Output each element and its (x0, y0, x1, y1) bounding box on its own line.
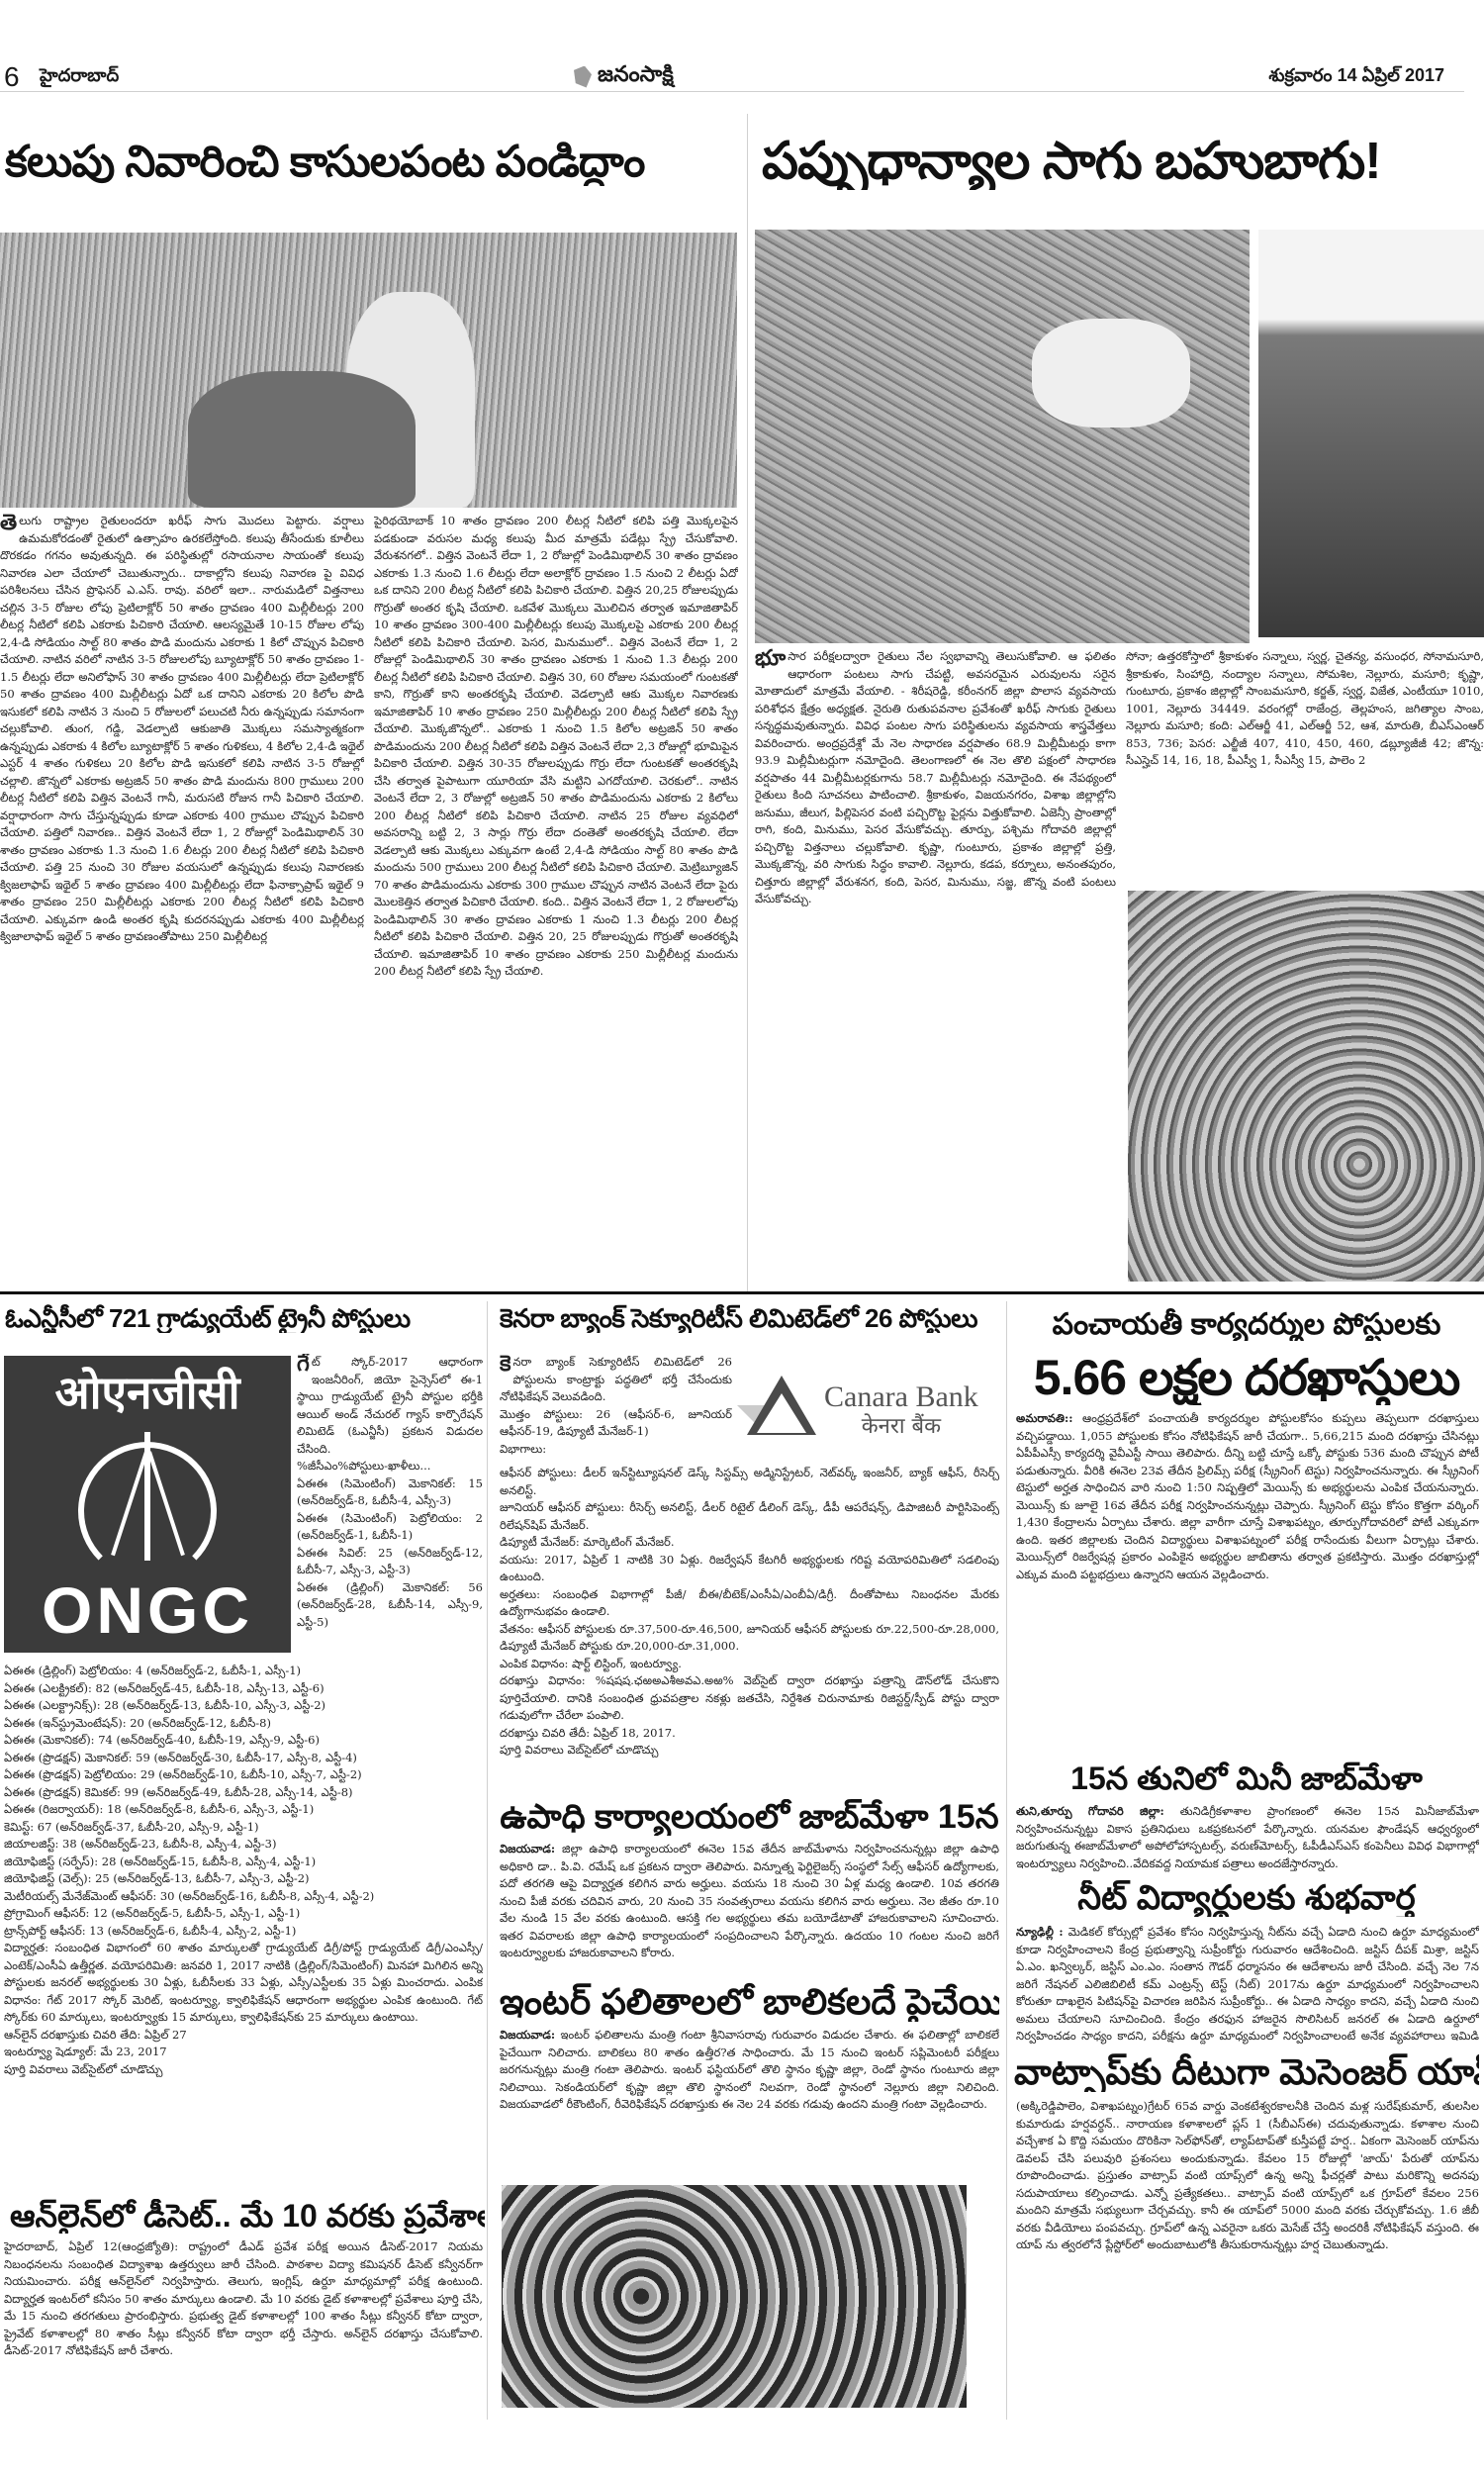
tuni-body: తుని,తూర్పు గోదావరి జిల్లా: తునిడిగ్రీకళ… (1016, 1803, 1479, 1877)
canara-logo-hi: केनरा बैंक (824, 1416, 978, 1438)
post-item: ఏఈఈ (ఎలక్ట్రికల్): 82 (అన్‌రిజర్వ్‌డ్-45… (4, 1680, 483, 1698)
headline-weed-control: కలుపు నివారించి కాసులపంట పండిద్దాం (5, 139, 737, 186)
article-text: పైరిథయోబాక్ 10 శాతం ద్రావణం 200 లీటర్ల న… (374, 514, 738, 978)
photo-paddy-harvest (0, 233, 737, 508)
post-item: ఏఈఈ (ప్రొడక్షన్) పెట్రోలియం: 29 (అన్‌రిజ… (4, 1766, 483, 1784)
headline-dcet: ఆన్‌లైన్‌లో డీసెట్.. మే 10 వరకు ప్రవేశాల… (10, 2199, 485, 2234)
post-item: ఏఈఈ సివిల్: 25 (అన్‌రిజర్వ్‌డ్-12, ఓబీసీ… (297, 1545, 483, 1579)
headline-job-mela: ఉపాధి కార్యాలయంలో జాబ్‌మేళా 15న (500, 1799, 999, 1836)
dcet-body: హైదరాబాద్, ఏప్రిల్ 12(ఆంధ్రజ్యోతి): రాష్… (4, 2238, 483, 2417)
headline-pulses: పప్పుధాన్యాల సాగు బహుబాగు! (762, 134, 1484, 190)
post-item: ఏఈఈ (ఎలక్ట్రానిక్స్): 28 (అన్‌రిజర్వ్‌డ్… (4, 1697, 483, 1715)
post-item: ఏఈఈ (ప్రొడక్షన్) మెకానికల్: 59 (అన్‌రిజర… (4, 1750, 483, 1767)
canara-line: దరఖాస్తు చివరి తేదీ: ఏప్రిల్ 18, 2017. (500, 1725, 999, 1743)
canara-line: మొత్తం పోస్టులు: 26 (ఆఫీసర్-6, జూనియర్ ఆ… (500, 1406, 732, 1441)
article-text: ఇంటర్ ఫలితాలను మంత్రి గంటా శ్రీనివాసరావు… (500, 2028, 999, 2111)
headline-canara: కెనరా బ్యాంక్ సెక్యూరిటీస్ లిమిటెడ్‌లో 2… (500, 1304, 1004, 1333)
post-item: కెమిస్ట్: 67 (అన్‌రిజర్వ్‌డ్-37, ఓబీసీ-2… (4, 1819, 483, 1837)
post-item: మెటీరియల్స్ మేనేజ్‌మెంట్ ఆఫీసర్: 30 (అన్… (4, 1888, 483, 1906)
canara-line: వయసు: 2017, ఏప్రిల్ 1 నాటికి 30 ఏళ్లు. ర… (500, 1552, 999, 1586)
headline-neet: నీట్ విద్యార్థులకు శుభవార్త (1014, 1880, 1479, 1917)
post-item: ఏఈఈ (రిజర్వాయర్): 18 (అన్‌రిజర్వ్‌డ్-8, … (4, 1801, 483, 1819)
dropcap: భూ (755, 648, 786, 668)
canara-line: అర్హతలు: సంబంధిత విభాగాల్లో పీజీ/ బీఈ/బీ… (500, 1586, 999, 1621)
canara-line: పూర్తి వివరాలు వెబ్‌సైట్‌లో చూడొచ్చు (500, 1742, 999, 1760)
column-divider (487, 1301, 488, 2420)
headline-ongc: ఓఎన్జీసీలో 721 గ్రాడ్యుయేట్ ట్రైనీ పోస్ట… (5, 1304, 480, 1333)
article-text: సార పరీక్షలద్వారా రైతులు నేల స్వభావాన్ని… (755, 649, 1116, 905)
oil-rig-emblem-icon (63, 1432, 232, 1561)
headline-messenger-app: వాట్సాప్‌కు దీటుగా మెసెంజర్ యాప్స్ (1014, 2052, 1479, 2092)
issue-date: శుక్రవారం 14 ఏప్రిల్ 2017 (1268, 65, 1444, 90)
article-text: హైదరాబాద్, ఏప్రిల్ 12(ఆంధ్రజ్యోతి): రాష్… (4, 2239, 483, 2357)
canara-logo-en: Canara Bank (824, 1382, 978, 1412)
neet-body: న్యూఢిల్లీ : మెడికల్ కోర్సుల్లో ప్రవేశం … (1016, 1924, 1479, 2047)
post-item: ఏఈఈ (సిమెంటింగ్) పెట్రోలియం: 2 (అన్‌రిజర… (297, 1510, 483, 1545)
ongc-posts-list: ఏఈఈ (డ్రిల్లింగ్) పెట్రోలియం: 4 (అన్‌రిజ… (4, 1663, 483, 2157)
ongc-website-note: పూర్తి వివరాలు వెబ్‌సైట్‌లో చూడొచ్చు (4, 2061, 483, 2079)
dateline: తుని,తూర్పు గోదావరి జిల్లా: (1016, 1804, 1164, 1818)
ongc-logo-hindi: ओएनजीसी (54, 1370, 239, 1415)
post-item: ఏఈఈ (ప్రొడక్షన్) కెమికల్: 99 (అన్‌రిజర్వ… (4, 1784, 483, 1802)
headline-panchayat-line2: 5.66 లక్షల దరఖాస్తులు (1014, 1351, 1479, 1405)
post-item: ఏఈఈ (మెకానికల్): 74 (అన్‌రిజర్వ్‌డ్-40, … (4, 1732, 483, 1750)
dateline: న్యూఢిల్లీ : (1016, 1925, 1064, 1939)
ongc-subhead: %జీసీఎం%పోస్టులు-ఖాళీలు... (297, 1458, 483, 1475)
post-item: ఏఈఈ (డ్రిల్లింగ్) మెకానికల్: 56 (అన్‌రిజ… (297, 1579, 483, 1632)
page-number: 6 (4, 61, 20, 93)
canara-line: వేతనం: ఆఫీసర్ పోస్టులకు రూ.37,500-రూ.46,… (500, 1621, 999, 1656)
article-text: సోనా; ఉత్తరకోస్తాలో శ్రీకాకుళం సన్నాలు, … (1126, 649, 1484, 767)
section-divider (0, 1291, 1484, 1294)
article-column: భూసార పరీక్షలద్వారా రైతులు నేల స్వభావాన్… (755, 648, 1116, 1291)
article-text: మెడికల్ కోర్సుల్లో ప్రవేశం కోసం నిర్వహిస… (1016, 1925, 1479, 2047)
dropcap: గే (297, 1354, 310, 1374)
canara-triangle-icon (737, 1376, 816, 1445)
article-column: పైరిథయోబాక్ 10 శాతం ద్రావణం 200 లీటర్ల న… (374, 513, 738, 1285)
jobmela-body: విజయవాడ: జిల్లా ఉపాధి కార్యాలయంలో ఈనెల 1… (500, 1841, 999, 1979)
canara-line: ఎంపిక విధానం: షార్ట్ లిస్టింగ్, ఇంటర్వ్య… (500, 1656, 999, 1673)
ongc-logo: ओएनजीसी ONGC (4, 1356, 291, 1653)
article-column: తెలుగు రాష్ట్రాల రైతులందరూ ఖరీఫ్ సాగు మొ… (0, 513, 364, 1285)
column-divider (747, 114, 748, 1291)
ongc-intro: గేట్ స్కోర్-2017 ఆధారంగా ఇంజనీరింగ్, జియ… (297, 1354, 483, 1661)
headline-tuni-jobmela: 15న తునిలో మినీ జాబ్‌మేళా (1014, 1761, 1479, 1796)
dateline: విజయవాడ: (500, 1842, 555, 1855)
masthead-divider (0, 91, 1464, 92)
canara-intro: కెనరా బ్యాంక్ సెక్యూరిటీస్ లిమిటెడ్‌లో 2… (500, 1354, 732, 1463)
state-map-logo-icon (574, 66, 592, 88)
photo-groundnut-harvest (1128, 891, 1484, 1282)
canara-line: దరఖాస్తు విధానం: %షషష.ఛఱఅఎశీఅవఎ.అఱ% వెబ్… (500, 1672, 999, 1725)
dropcap: కె (500, 1354, 510, 1374)
inter-body: విజయవాడ: ఇంటర్ ఫలితాలను మంత్రి గంటా శ్రీ… (500, 2027, 999, 2183)
ongc-details: విద్యార్హత: సంబంధిత విభాగంలో 60 శాతం మార… (4, 1940, 483, 2027)
article-text: జిల్లా ఉపాధి కార్యాలయంలో ఈనెల 15వ తేదీన … (500, 1842, 999, 1959)
headline-inter-results: ఇంటర్ ఫలితాలలో బాలికలదే పైచేయి (500, 1982, 999, 2022)
article-text: ఆంధ్రప్రదేశ్‌లో పంచాయతీ కార్యదర్శుల పోస్… (1016, 1411, 1479, 1581)
article-text: ట్ స్కోర్-2017 ఆధారంగా ఇంజనీరింగ్, జియో … (297, 1355, 483, 1456)
farmer-figure (188, 371, 416, 508)
panchayat-body: అమరావతి:: ఆంధ్రప్రదేశ్‌లో పంచాయతీ కార్యద… (1016, 1410, 1479, 1761)
article-column: సోనా; ఉత్తరకోస్తాలో శ్రీకాకుళం సన్నాలు, … (1126, 648, 1484, 881)
dateline: విజయవాడ: (500, 2028, 555, 2042)
post-item: ప్రోగ్రామింగ్ ఆఫీసర్: 12 (అన్‌రిజర్వ్‌డ్… (4, 1905, 483, 1923)
canara-line: విభాగాలు: (500, 1441, 732, 1459)
canara-line: జూనియర్ ఆఫీసర్ పోస్టులు: రీసెర్చ్ అనలిస్… (500, 1499, 999, 1534)
canara-line: డిప్యూటీ మేనేజర్: మార్కెటింగ్ మేనేజర్. (500, 1534, 999, 1552)
post-item: ఏఈఈ (డ్రిల్లింగ్) పెట్రోలియం: 4 (అన్‌రిజ… (4, 1663, 483, 1680)
post-item: జియోఫిజిస్ట్ (సర్ఫేస్): 28 (అన్‌రిజర్వ్‌… (4, 1854, 483, 1871)
canara-line: ఆఫీసర్ పోస్టులు: డీలర్ ఇన్‌స్టిట్యూషనల్ … (500, 1465, 999, 1499)
ongc-interview-date: ఇంటర్వ్యూ షెడ్యూల్: మే 23, 2017 (4, 2044, 483, 2061)
bullock-figure (1032, 319, 1190, 428)
article-text: నరా బ్యాంక్ సెక్యూరిటీస్ లిమిటెడ్‌లో 26 … (500, 1355, 732, 1403)
post-item: ట్రాన్స్‌పోర్ట్ ఆఫీసర్: 13 (అన్‌రిజర్వ్‌… (4, 1923, 483, 1941)
paper-name: జనంసాక్షి (574, 61, 674, 92)
headline-panchayat-line1: పంచాయతీ కార్యదర్శుల పోస్టులకు (1014, 1308, 1479, 1341)
whatsapp-body: (అక్కిరెడ్డిపాలెం, విశాఖపట్నం)గ్రేటర్ 65… (1016, 2098, 1479, 2417)
canara-bank-logo: Canara Bank केनरा बैंक (737, 1371, 994, 1450)
column-divider (1006, 1301, 1007, 2420)
canara-details: ఆఫీసర్ పోస్టులు: డీలర్ ఇన్‌స్టిట్యూషనల్ … (500, 1465, 999, 1796)
post-item: ఏఈఈ (సిమెంటింగ్) మెకానికల్: 15 (అన్‌రిజర… (297, 1475, 483, 1510)
post-item: జియాలజిస్ట్: 38 (అన్‌రిజర్వ్‌డ్-23, ఓబీస… (4, 1836, 483, 1854)
dropcap: తె (0, 513, 17, 532)
ongc-last-date: ఆన్‌లైన్ దరఖాస్తుకు చివరి తేది: ఏప్రిల్ … (4, 2027, 483, 2045)
photo-ploughing (755, 230, 1250, 643)
photo-pulse-field (1258, 230, 1484, 637)
edition-city: హైదరాబాద్ (40, 65, 119, 90)
article-text: లుగు రాష్ట్రాల రైతులందరూ ఖరీఫ్ సాగు మొదల… (0, 514, 364, 943)
paper-name-text: జనంసాక్షి (598, 61, 674, 92)
post-item: జియోఫిజిస్ట్ (వెల్స్): 25 (అన్‌రిజర్వ్‌డ… (4, 1870, 483, 1888)
ongc-logo-latin: ONGC (42, 1577, 253, 1643)
post-item: ఏఈఈ (ఇన్‌స్ట్రుమెంటేషన్): 20 (అన్‌రిజర్వ… (4, 1715, 483, 1733)
photo-students-celebrating (502, 2185, 967, 2408)
article-text: (అక్కిరెడ్డిపాలెం, విశాఖపట్నం)గ్రేటర్ 65… (1016, 2099, 1479, 2251)
dateline: అమరావతి:: (1016, 1411, 1072, 1425)
